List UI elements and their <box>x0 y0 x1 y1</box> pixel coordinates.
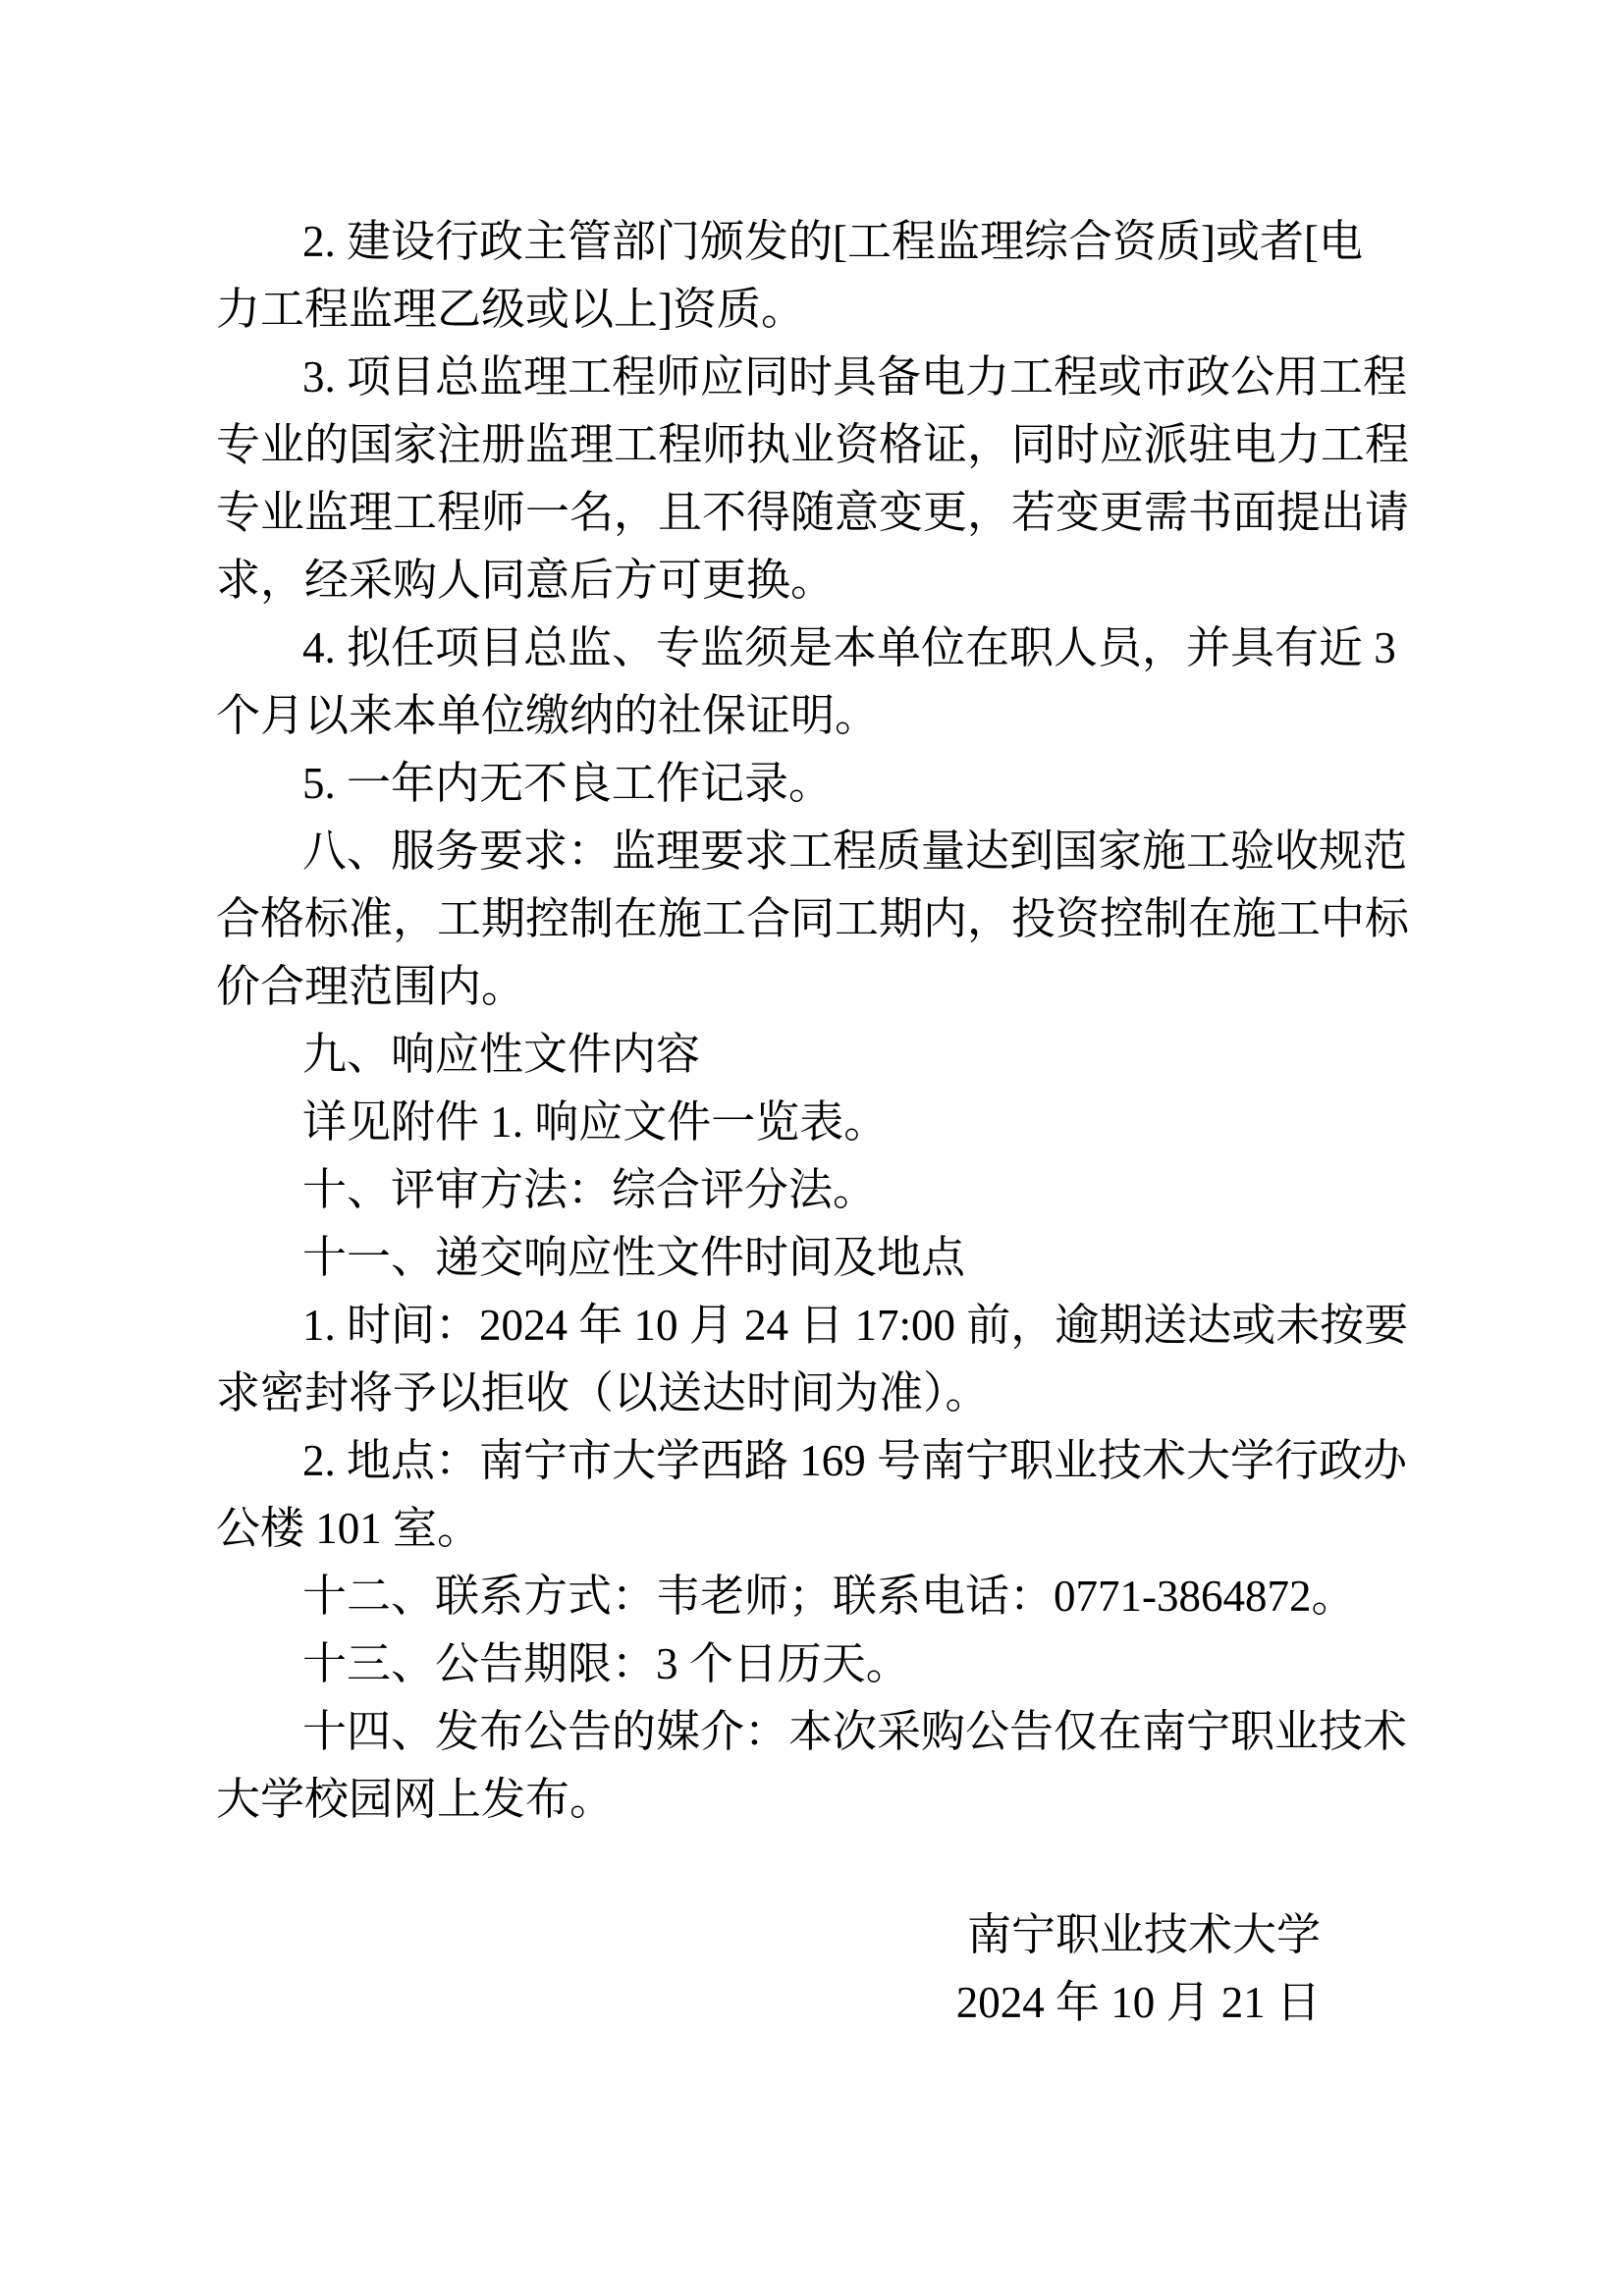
text-line: 专业监理工程师一名，且不得随意变更，若变更需书面提出请 <box>216 479 1406 547</box>
signature-organization: 南宁职业技术大学 <box>216 1901 1406 1969</box>
text-line: 八、服务要求：监理要求工程质量达到国家施工验收规范 <box>216 818 1406 885</box>
text-line: 4. 拟任项目总监、专监须是本单位在职人员，并具有近 3 <box>216 614 1406 682</box>
text-line: 十、评审方法：综合评分法。 <box>216 1156 1406 1224</box>
text-line: 十三、公告期限：3 个日历天。 <box>216 1630 1406 1698</box>
body-text-lines: 2. 建设行政主管部门颁发的[工程监理综合资质]或者[电力工程监理乙级或以上]资… <box>216 208 1406 1834</box>
announcement-body: 2. 建设行政主管部门颁发的[工程监理综合资质]或者[电力工程监理乙级或以上]资… <box>216 208 1406 2037</box>
document-page: 2. 建设行政主管部门颁发的[工程监理综合资质]或者[电力工程监理乙级或以上]资… <box>0 0 1624 2296</box>
text-line: 2. 建设行政主管部门颁发的[工程监理综合资质]或者[电 <box>216 208 1406 276</box>
text-line: 个月以来本单位缴纳的社保证明。 <box>216 682 1406 750</box>
text-line: 十四、发布公告的媒介：本次采购公告仅在南宁职业技术 <box>216 1698 1406 1766</box>
text-line: 求密封将予以拒收（以送达时间为准）。 <box>216 1360 1406 1427</box>
text-line: 十二、联系方式：韦老师；联系电话：0771-3864872。 <box>216 1563 1406 1630</box>
text-line: 专业的国家注册监理工程师执业资格证，同时应派驻电力工程 <box>216 411 1406 479</box>
text-line: 九、响应性文件内容 <box>216 1021 1406 1089</box>
text-line: 公楼 101 室。 <box>216 1495 1406 1563</box>
text-line: 价合理范围内。 <box>216 953 1406 1021</box>
blank-line <box>216 1834 1406 1901</box>
text-line: 大学校园网上发布。 <box>216 1766 1406 1834</box>
text-line: 十一、递交响应性文件时间及地点 <box>216 1224 1406 1292</box>
text-line: 2. 地点：南宁市大学西路 169 号南宁职业技术大学行政办 <box>216 1427 1406 1495</box>
text-line: 3. 项目总监理工程师应同时具备电力工程或市政公用工程 <box>216 344 1406 411</box>
text-line: 求，经采购人同意后方可更换。 <box>216 547 1406 614</box>
text-line: 1. 时间：2024 年 10 月 24 日 17:00 前，逾期送达或未按要 <box>216 1292 1406 1360</box>
text-line: 合格标准，工期控制在施工合同工期内，投资控制在施工中标 <box>216 885 1406 953</box>
text-line: 5. 一年内无不良工作记录。 <box>216 750 1406 818</box>
signature-date: 2024 年 10 月 21 日 <box>216 1969 1406 2037</box>
text-line: 力工程监理乙级或以上]资质。 <box>216 276 1406 344</box>
text-line: 详见附件 1. 响应文件一览表。 <box>216 1089 1406 1156</box>
